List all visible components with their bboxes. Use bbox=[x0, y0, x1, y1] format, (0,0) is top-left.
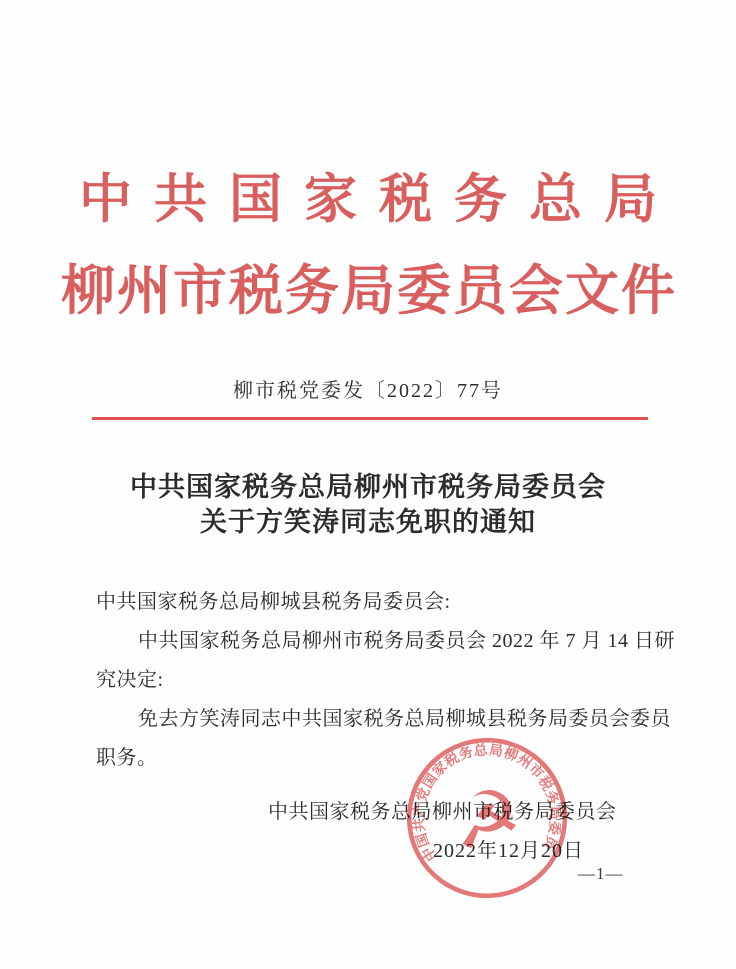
body-line: 究决定: bbox=[96, 661, 648, 700]
body-line: 免去方笑涛同志中共国家税务总局柳城县税务局委员会委员 bbox=[96, 700, 648, 739]
letterhead-line2: 柳州市税务局委员会文件 bbox=[0, 260, 736, 322]
document-title-line1: 中共国家税务总局柳州市税务局委员会 bbox=[0, 470, 736, 505]
document-title-line2: 关于方笑涛同志免职的通知 bbox=[0, 505, 736, 540]
official-red-seal: 中国共产党国家税务总局柳州市税务局委员会 ☭ bbox=[389, 720, 586, 917]
page-number: —1— bbox=[578, 864, 624, 884]
red-rule-divider bbox=[92, 417, 648, 420]
letterhead: 中共国家税务总局 柳州市税务局委员会文件 bbox=[0, 170, 736, 322]
document-page: 中共国家税务总局 柳州市税务局委员会文件 柳市税党委发〔2022〕77号 中共国… bbox=[0, 0, 736, 969]
seal-graphic: 中国共产党国家税务总局柳州市税务局委员会 ☭ bbox=[389, 720, 586, 917]
body-line: 中共国家税务总局柳城县税务局委员会: bbox=[96, 583, 648, 622]
document-number: 柳市税党委发〔2022〕77号 bbox=[0, 374, 736, 403]
body-line: 中共国家税务总局柳州市税务局委员会 2022 年 7 月 14 日研 bbox=[96, 622, 648, 661]
document-title: 中共国家税务总局柳州市税务局委员会 关于方笑涛同志免职的通知 bbox=[0, 470, 736, 540]
letterhead-line1: 中共国家税务总局 bbox=[0, 170, 736, 230]
hammer-and-sickle-icon: ☭ bbox=[447, 771, 526, 868]
